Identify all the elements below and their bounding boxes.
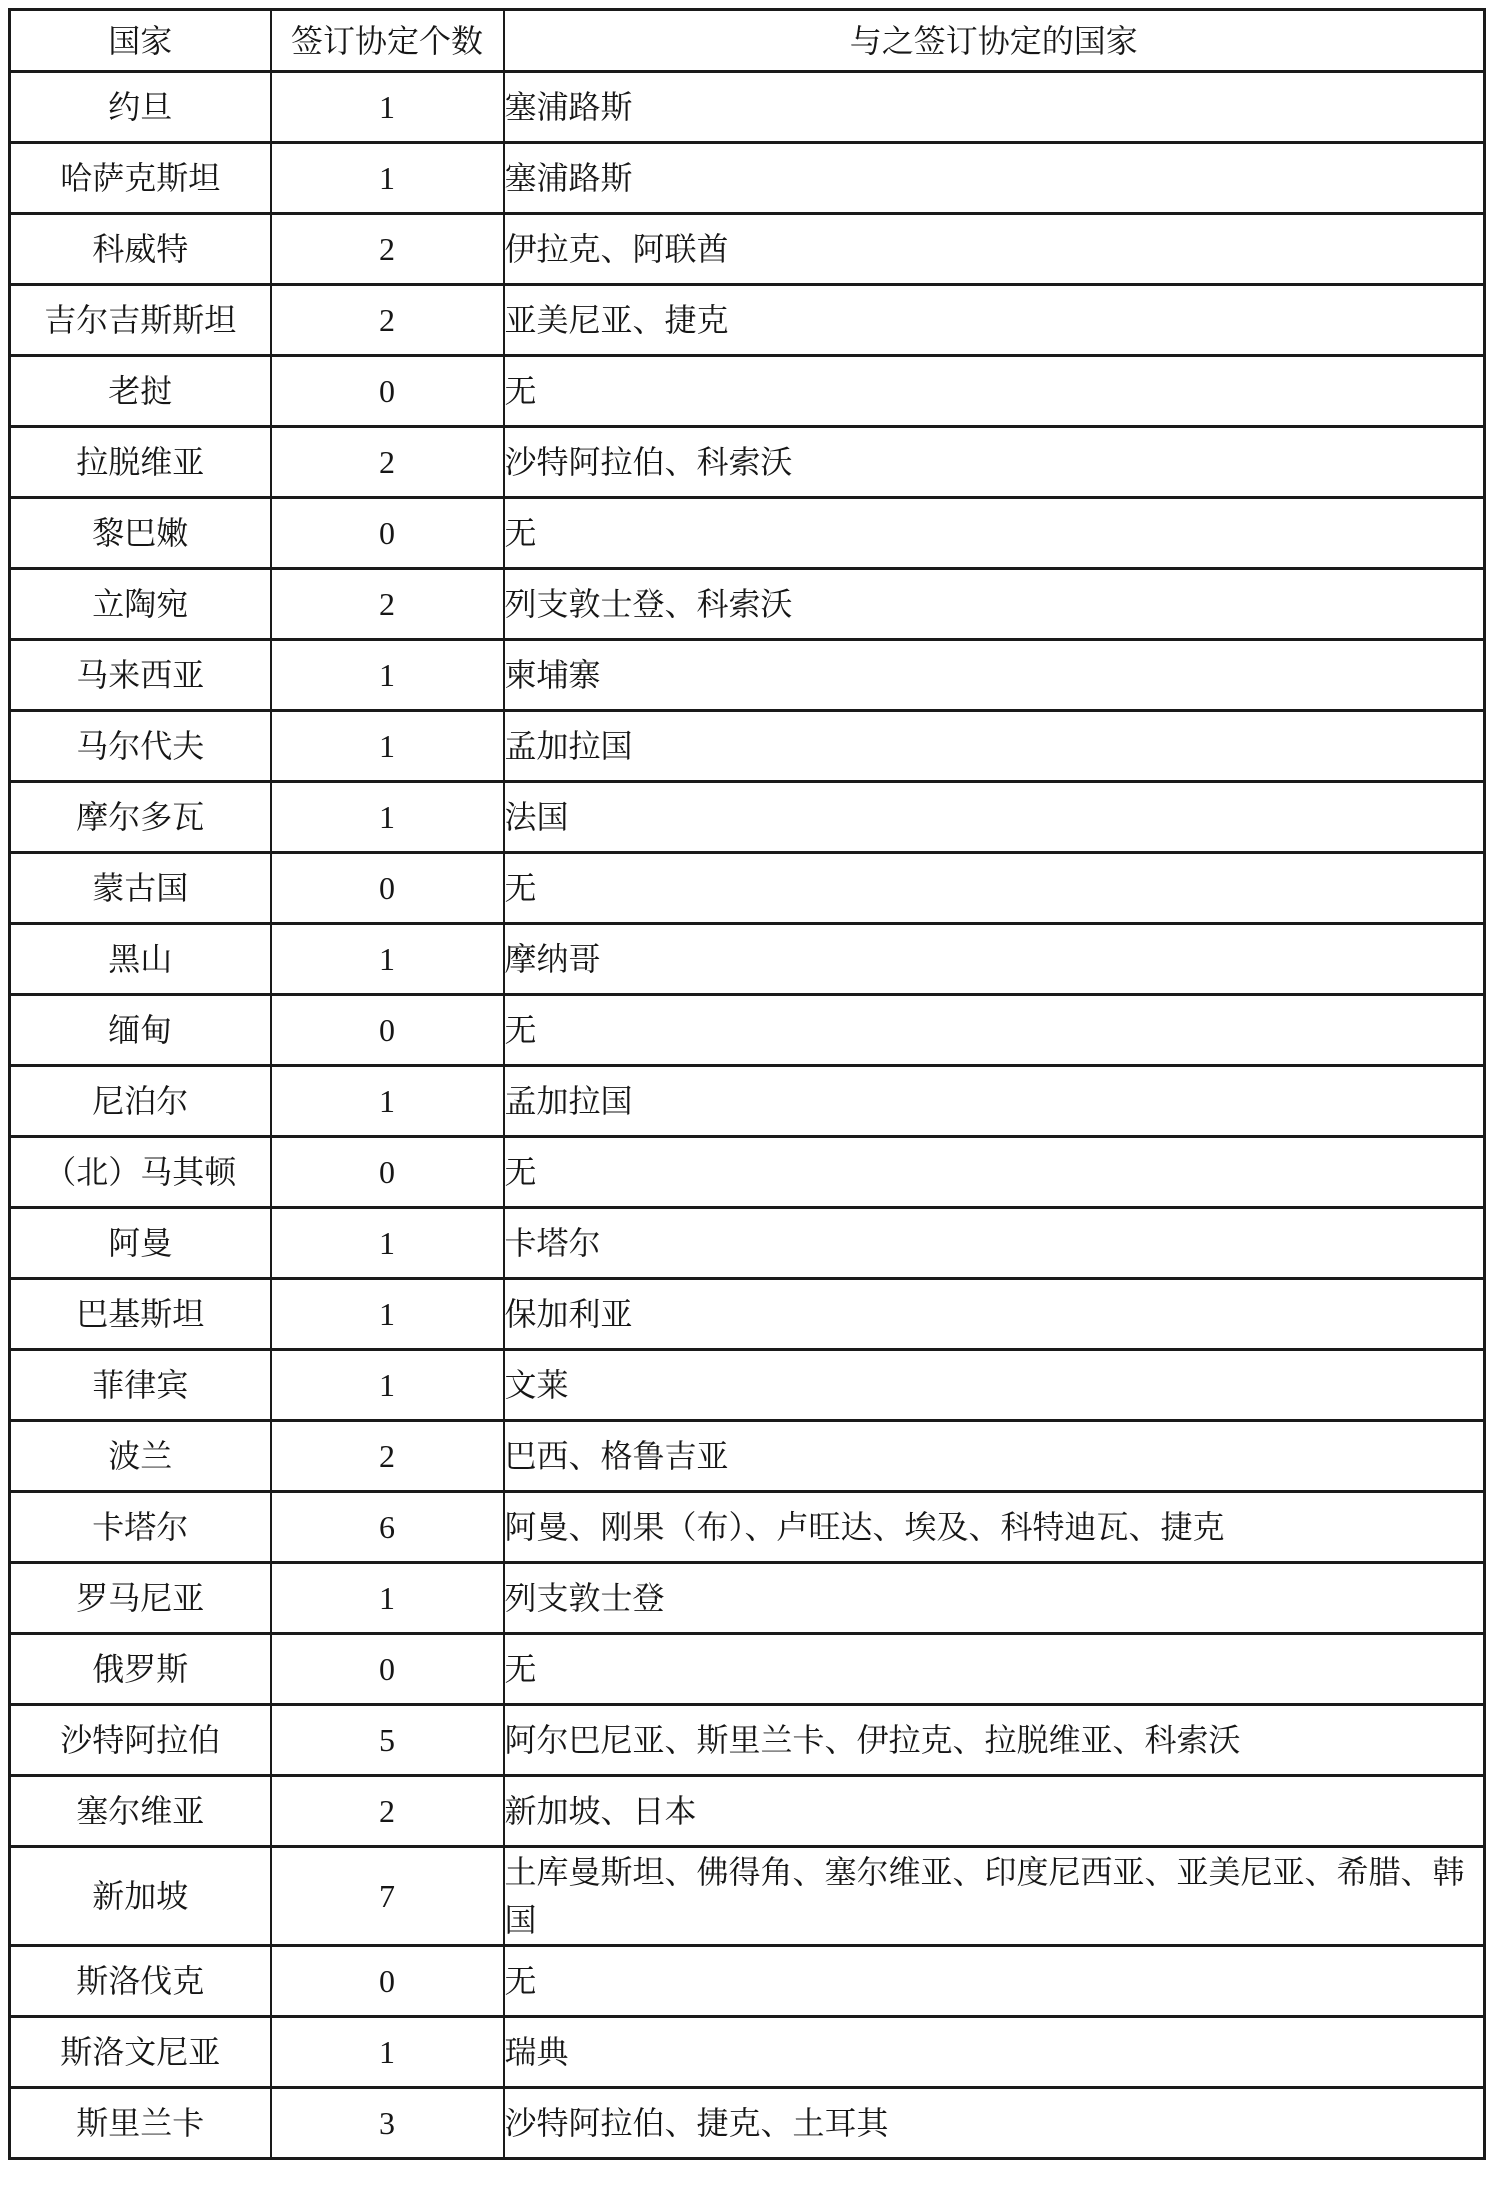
header-count: 签订协定个数 <box>271 10 504 72</box>
count-cell: 1 <box>271 2017 504 2088</box>
table-body: 约旦 1 塞浦路斯 哈萨克斯坦 1 塞浦路斯 科威特 2 伊拉克、阿联酋 吉尔吉… <box>10 72 1485 2159</box>
country-cell: 尼泊尔 <box>10 1066 271 1137</box>
table-row: 阿曼 1 卡塔尔 <box>10 1208 1485 1279</box>
count-cell: 0 <box>271 1634 504 1705</box>
country-cell: 约旦 <box>10 72 271 143</box>
count-cell: 1 <box>271 640 504 711</box>
table-row: 立陶宛 2 列支敦士登、科索沃 <box>10 569 1485 640</box>
country-cell: 立陶宛 <box>10 569 271 640</box>
partners-cell: 无 <box>504 1634 1485 1705</box>
partners-cell: 列支敦士登、科索沃 <box>504 569 1485 640</box>
country-cell: 拉脱维亚 <box>10 427 271 498</box>
partners-cell: 无 <box>504 356 1485 427</box>
table-row: 塞尔维亚 2 新加坡、日本 <box>10 1776 1485 1847</box>
count-cell: 2 <box>271 569 504 640</box>
table-row: 俄罗斯 0 无 <box>10 1634 1485 1705</box>
country-cell: 哈萨克斯坦 <box>10 143 271 214</box>
count-cell: 2 <box>271 285 504 356</box>
table-row: 马尔代夫 1 孟加拉国 <box>10 711 1485 782</box>
count-cell: 0 <box>271 853 504 924</box>
table-row: 巴基斯坦 1 保加利亚 <box>10 1279 1485 1350</box>
count-cell: 1 <box>271 711 504 782</box>
partners-cell: 塞浦路斯 <box>504 72 1485 143</box>
partners-cell: 亚美尼亚、捷克 <box>504 285 1485 356</box>
count-cell: 1 <box>271 782 504 853</box>
table-row: 科威特 2 伊拉克、阿联酋 <box>10 214 1485 285</box>
count-cell: 2 <box>271 214 504 285</box>
table-header: 国家 签订协定个数 与之签订协定的国家 <box>10 10 1485 72</box>
count-cell: 0 <box>271 1137 504 1208</box>
table-row: 卡塔尔 6 阿曼、刚果（布）、卢旺达、埃及、科特迪瓦、捷克 <box>10 1492 1485 1563</box>
count-cell: 1 <box>271 924 504 995</box>
count-cell: 6 <box>271 1492 504 1563</box>
country-cell: 巴基斯坦 <box>10 1279 271 1350</box>
partners-cell: 卡塔尔 <box>504 1208 1485 1279</box>
country-cell: 吉尔吉斯斯坦 <box>10 285 271 356</box>
count-cell: 0 <box>271 356 504 427</box>
country-cell: 斯里兰卡 <box>10 2088 271 2159</box>
count-cell: 3 <box>271 2088 504 2159</box>
country-cell: 老挝 <box>10 356 271 427</box>
count-cell: 1 <box>271 1208 504 1279</box>
country-cell: 波兰 <box>10 1421 271 1492</box>
table-row: 沙特阿拉伯 5 阿尔巴尼亚、斯里兰卡、伊拉克、拉脱维亚、科索沃 <box>10 1705 1485 1776</box>
count-cell: 1 <box>271 1066 504 1137</box>
table-row: 斯里兰卡 3 沙特阿拉伯、捷克、土耳其 <box>10 2088 1485 2159</box>
country-cell: 菲律宾 <box>10 1350 271 1421</box>
partners-cell: 列支敦士登 <box>504 1563 1485 1634</box>
partners-cell: 土库曼斯坦、佛得角、塞尔维亚、印度尼西亚、亚美尼亚、希腊、韩国 <box>504 1847 1485 1946</box>
document-page: 国家 签订协定个数 与之签订协定的国家 约旦 1 塞浦路斯 哈萨克斯坦 1 塞浦… <box>0 0 1493 2204</box>
country-cell: 罗马尼亚 <box>10 1563 271 1634</box>
partners-cell: 瑞典 <box>504 2017 1485 2088</box>
country-cell: 俄罗斯 <box>10 1634 271 1705</box>
country-cell: 阿曼 <box>10 1208 271 1279</box>
country-cell: 沙特阿拉伯 <box>10 1705 271 1776</box>
table-row: 马来西亚 1 柬埔寨 <box>10 640 1485 711</box>
country-cell: 塞尔维亚 <box>10 1776 271 1847</box>
table-row: 老挝 0 无 <box>10 356 1485 427</box>
count-cell: 1 <box>271 72 504 143</box>
country-cell: 马尔代夫 <box>10 711 271 782</box>
table-row: 尼泊尔 1 孟加拉国 <box>10 1066 1485 1137</box>
table-row: 黎巴嫩 0 无 <box>10 498 1485 569</box>
partners-cell: 孟加拉国 <box>504 1066 1485 1137</box>
partners-cell: 无 <box>504 498 1485 569</box>
header-row: 国家 签订协定个数 与之签订协定的国家 <box>10 10 1485 72</box>
country-cell: 斯洛文尼亚 <box>10 2017 271 2088</box>
table-row: 罗马尼亚 1 列支敦士登 <box>10 1563 1485 1634</box>
country-cell: 卡塔尔 <box>10 1492 271 1563</box>
partners-cell: 巴西、格鲁吉亚 <box>504 1421 1485 1492</box>
agreements-table: 国家 签订协定个数 与之签订协定的国家 约旦 1 塞浦路斯 哈萨克斯坦 1 塞浦… <box>8 8 1486 2160</box>
country-cell: 黑山 <box>10 924 271 995</box>
partners-cell: 孟加拉国 <box>504 711 1485 782</box>
table-row: 缅甸 0 无 <box>10 995 1485 1066</box>
country-cell: 黎巴嫩 <box>10 498 271 569</box>
partners-cell: 新加坡、日本 <box>504 1776 1485 1847</box>
header-country: 国家 <box>10 10 271 72</box>
table-row: 斯洛伐克 0 无 <box>10 1946 1485 2017</box>
country-cell: 斯洛伐克 <box>10 1946 271 2017</box>
count-cell: 7 <box>271 1847 504 1946</box>
table-row: （北）马其顿 0 无 <box>10 1137 1485 1208</box>
count-cell: 5 <box>271 1705 504 1776</box>
count-cell: 0 <box>271 995 504 1066</box>
table-row: 摩尔多瓦 1 法国 <box>10 782 1485 853</box>
partners-cell: 保加利亚 <box>504 1279 1485 1350</box>
partners-cell: 阿尔巴尼亚、斯里兰卡、伊拉克、拉脱维亚、科索沃 <box>504 1705 1485 1776</box>
partners-cell: 无 <box>504 853 1485 924</box>
table-row: 波兰 2 巴西、格鲁吉亚 <box>10 1421 1485 1492</box>
header-partners: 与之签订协定的国家 <box>504 10 1485 72</box>
count-cell: 2 <box>271 1421 504 1492</box>
table-row: 蒙古国 0 无 <box>10 853 1485 924</box>
country-cell: 马来西亚 <box>10 640 271 711</box>
table-row: 约旦 1 塞浦路斯 <box>10 72 1485 143</box>
count-cell: 0 <box>271 1946 504 2017</box>
count-cell: 1 <box>271 1563 504 1634</box>
partners-cell: 法国 <box>504 782 1485 853</box>
country-cell: 新加坡 <box>10 1847 271 1946</box>
table-row: 拉脱维亚 2 沙特阿拉伯、科索沃 <box>10 427 1485 498</box>
table-row: 菲律宾 1 文莱 <box>10 1350 1485 1421</box>
table-row: 吉尔吉斯斯坦 2 亚美尼亚、捷克 <box>10 285 1485 356</box>
country-cell: 缅甸 <box>10 995 271 1066</box>
partners-cell: 无 <box>504 1137 1485 1208</box>
count-cell: 2 <box>271 427 504 498</box>
count-cell: 1 <box>271 143 504 214</box>
partners-cell: 塞浦路斯 <box>504 143 1485 214</box>
partners-cell: 沙特阿拉伯、捷克、土耳其 <box>504 2088 1485 2159</box>
country-cell: 科威特 <box>10 214 271 285</box>
partners-cell: 伊拉克、阿联酋 <box>504 214 1485 285</box>
country-cell: （北）马其顿 <box>10 1137 271 1208</box>
partners-cell: 沙特阿拉伯、科索沃 <box>504 427 1485 498</box>
partners-cell: 文莱 <box>504 1350 1485 1421</box>
country-cell: 摩尔多瓦 <box>10 782 271 853</box>
count-cell: 1 <box>271 1350 504 1421</box>
table-row: 哈萨克斯坦 1 塞浦路斯 <box>10 143 1485 214</box>
partners-cell: 阿曼、刚果（布）、卢旺达、埃及、科特迪瓦、捷克 <box>504 1492 1485 1563</box>
table-row: 斯洛文尼亚 1 瑞典 <box>10 2017 1485 2088</box>
partners-cell: 柬埔寨 <box>504 640 1485 711</box>
partners-cell: 无 <box>504 995 1485 1066</box>
count-cell: 0 <box>271 498 504 569</box>
partners-cell: 无 <box>504 1946 1485 2017</box>
partners-cell: 摩纳哥 <box>504 924 1485 995</box>
table-row: 黑山 1 摩纳哥 <box>10 924 1485 995</box>
count-cell: 2 <box>271 1776 504 1847</box>
count-cell: 1 <box>271 1279 504 1350</box>
table-row: 新加坡 7 土库曼斯坦、佛得角、塞尔维亚、印度尼西亚、亚美尼亚、希腊、韩国 <box>10 1847 1485 1946</box>
country-cell: 蒙古国 <box>10 853 271 924</box>
